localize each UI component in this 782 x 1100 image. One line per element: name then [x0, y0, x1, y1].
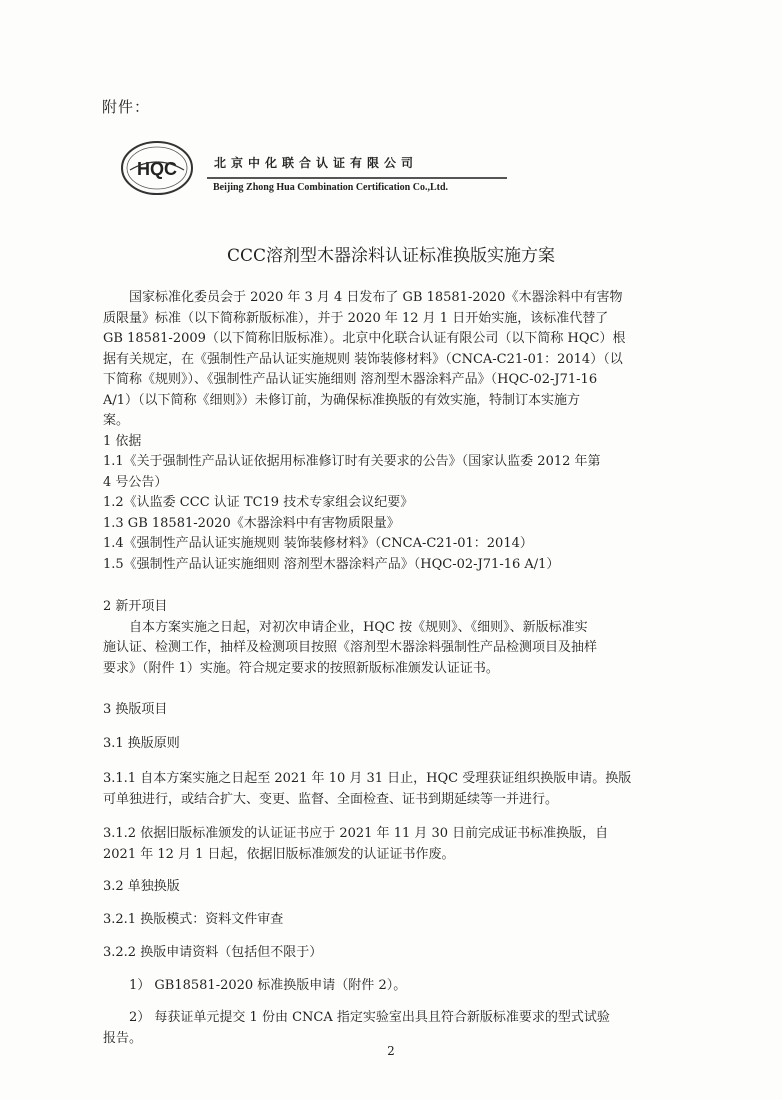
clause-line: 可单独进行，或结合扩大、变更、监督、全面检查、证书到期延续等一并进行。 — [103, 790, 683, 811]
list-item-line: 1） GB18581-2020 标准换版申请（附件 2）。 — [103, 976, 683, 997]
clause-line: 2021 年 12 月 1 日起，依据旧版标准颁发的认证证书作废。 — [103, 845, 683, 866]
section-3-2: 3.2 单独换版 — [103, 877, 683, 898]
basis-item: 4 号公告） — [103, 473, 683, 494]
company-name-cn: 北京中化联合认证有限公司 — [214, 154, 418, 171]
intro-paragraph: 国家标准化委员会于 2020 年 3 月 4 日发布了 GB 18581-202… — [103, 288, 683, 575]
document-page: 附件： HQC 北京中化联合认证有限公司 Beijing Zhong Hua C… — [0, 0, 782, 1100]
section-3-1-2: 3.1.2 依据旧版标准颁发的认证证书应于 2021 年 11 月 30 日前完… — [103, 824, 683, 865]
clause-line: 3.1.2 依据旧版标准颁发的认证证书应于 2021 年 11 月 30 日前完… — [103, 824, 683, 845]
section-3-1: 3.1 换版原则 — [103, 734, 683, 755]
section-2-line: 要求》（附件 1）实施。符合规定要求的按照新版标准颁发认证证书。 — [103, 659, 683, 680]
section-3-2-heading: 3.2 单独换版 — [103, 877, 683, 898]
hqc-logo-icon: HQC — [120, 140, 194, 196]
list-item-2: 2） 每获证单元提交 1 份由 CNCA 指定实验室出具且符合新版标准要求的型式… — [103, 1008, 683, 1049]
intro-line: 案。 — [103, 411, 683, 432]
page-number: 2 — [0, 1044, 782, 1058]
basis-item: 1.3 GB 18581-2020《木器涂料中有害物质限量》 — [103, 514, 683, 535]
intro-line: A/1）（以下简称《细则》）未修订前，为确保标准换版的有效实施，特制订本实施方 — [103, 391, 683, 412]
company-name-en: Beijing Zhong Hua Combination Certificat… — [213, 182, 448, 193]
list-item-1: 1） GB18581-2020 标准换版申请（附件 2）。 — [103, 976, 683, 997]
document-title: CCC溶剂型木器涂料认证标准换版实施方案 — [0, 241, 782, 266]
intro-line: 据有关规定，在《强制性产品认证实施规则 装饰装修材料》（CNCA-C21-01：… — [103, 350, 683, 371]
intro-line: 国家标准化委员会于 2020 年 3 月 4 日发布了 GB 18581-202… — [103, 288, 683, 309]
section-3-1-heading: 3.1 换版原则 — [103, 734, 683, 755]
section-2-line: 施认证、检测工作，抽样及检测项目按照《溶剂型木器涂料强制性产品检测项目及抽样 — [103, 638, 683, 659]
basis-item: 1.2《认监委 CCC 认证 TC19 技术专家组会议纪要》 — [103, 493, 683, 514]
section-3-2-2: 3.2.2 换版申请资料（包括但不限于） — [103, 943, 683, 964]
list-item-line: 2） 每获证单元提交 1 份由 CNCA 指定实验室出具且符合新版标准要求的型式… — [103, 1008, 683, 1029]
intro-line: 下简称《规则》）、《强制性产品认证实施细则 溶剂型木器涂料产品》（HQC-02-… — [103, 370, 683, 391]
section-2-line: 自本方案实施之日起，对初次申请企业，HQC 按《规则》、《细则》、新版标准实 — [103, 618, 683, 639]
basis-item: 1.1《关于强制性产品认证依据用标准修订时有关要求的公告》（国家认监委 2012… — [103, 452, 683, 473]
clause-line: 3.1.1 自本方案实施之日起至 2021 年 10 月 31 日止，HQC 受… — [103, 769, 683, 790]
section-2-heading: 2 新开项目 — [103, 597, 683, 618]
basis-item: 1.5《强制性产品认证实施细则 溶剂型木器涂料产品》（HQC-02-J71-16… — [103, 555, 683, 576]
section-1-heading: 1 依据 — [103, 432, 683, 453]
section-2: 2 新开项目 自本方案实施之日起，对初次申请企业，HQC 按《规则》、《细则》、… — [103, 597, 683, 679]
intro-line: GB 18581-2009（以下简称旧版标准）。北京中化联合认证有限公司（以下简… — [103, 329, 683, 350]
basis-item: 1.4《强制性产品认证实施规则 装饰装修材料》（CNCA-C21-01：2014… — [103, 534, 683, 555]
clause-line: 3.2.1 换版模式：资料文件审查 — [103, 910, 683, 931]
clause-line: 3.2.2 换版申请资料（包括但不限于） — [103, 943, 683, 964]
section-3-2-1: 3.2.1 换版模式：资料文件审查 — [103, 910, 683, 931]
section-3: 3 换版项目 — [103, 700, 683, 721]
attachment-label: 附件： — [102, 96, 150, 117]
intro-line: 质限量》标准（以下简称新版标准），并于 2020 年 12 月 1 日开始实施，… — [103, 309, 683, 330]
section-3-1-1: 3.1.1 自本方案实施之日起至 2021 年 10 月 31 日止，HQC 受… — [103, 769, 683, 810]
section-3-heading: 3 换版项目 — [103, 700, 683, 721]
header-rule — [207, 177, 507, 179]
